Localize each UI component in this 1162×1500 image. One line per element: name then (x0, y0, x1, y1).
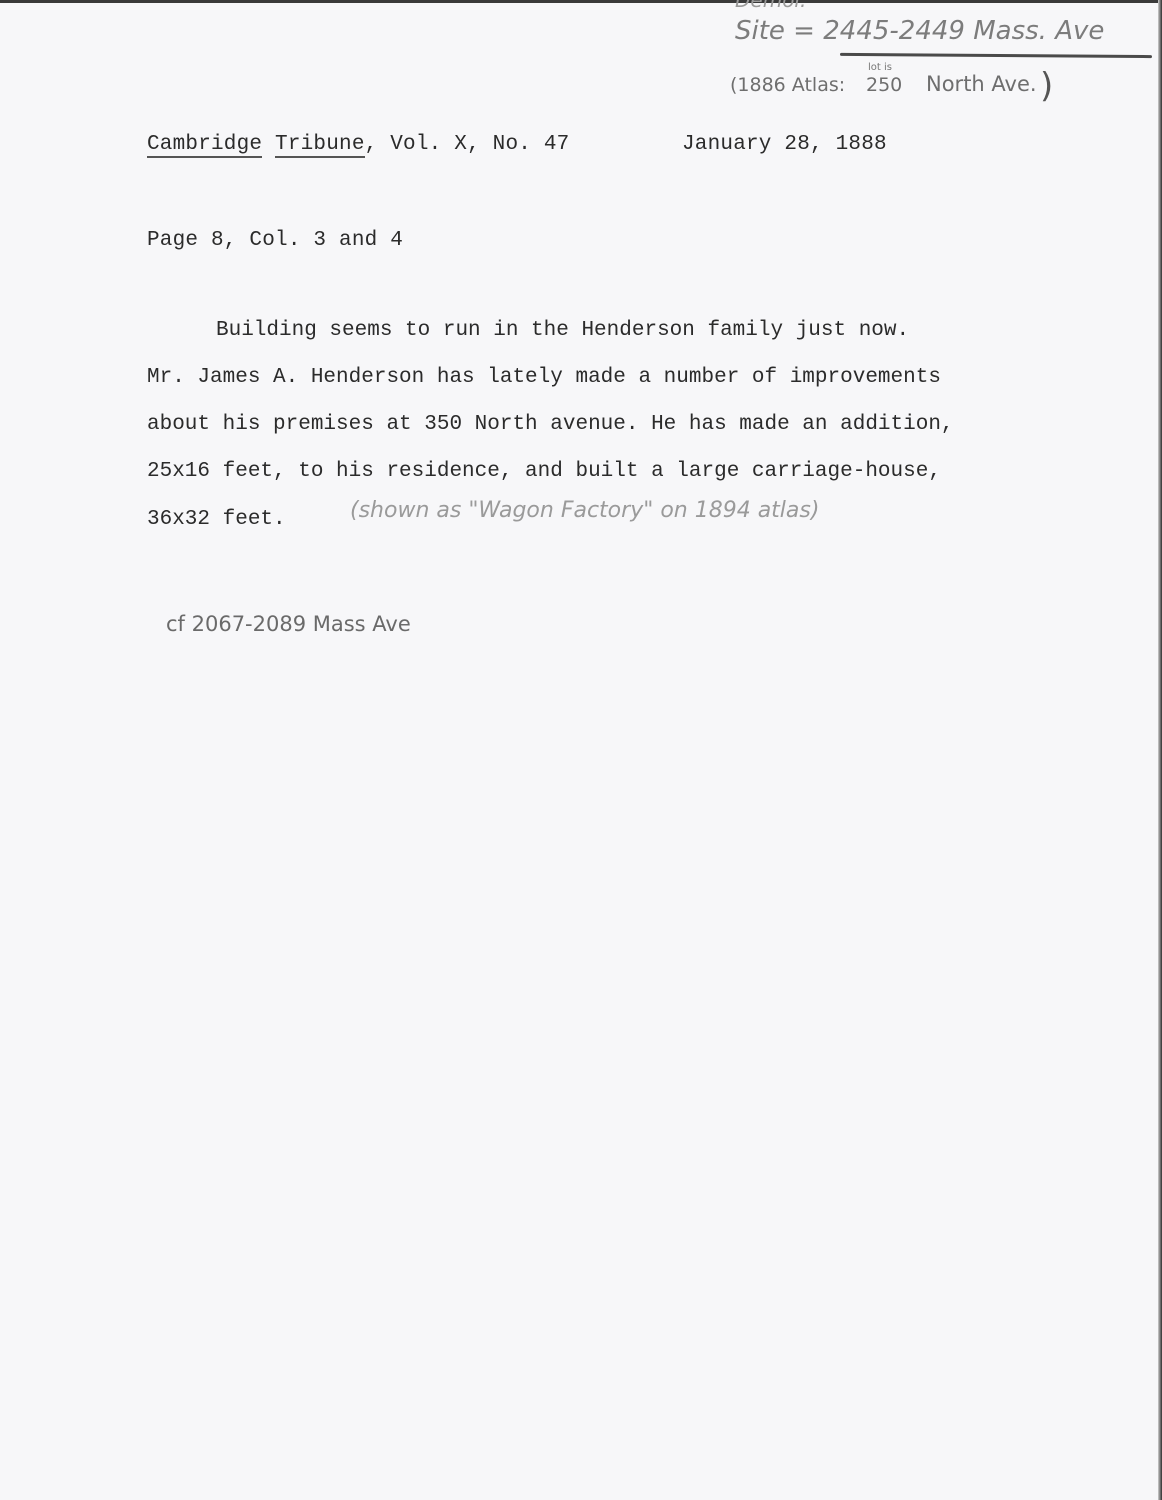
handwritten-site-note: Site = 2445-2449 Mass. Ave (735, 16, 1104, 46)
scan-edge-right (1158, 0, 1162, 1500)
handwritten-lot-superscript: lot is (868, 62, 892, 73)
body-line: Building seems to run in the Henderson f… (216, 319, 909, 342)
handwritten-atlas-prefix: (1886 Atlas: (730, 74, 845, 96)
handwritten-wagon-factory-note: (shown as "Wagon Factory" on 1894 atlas) (350, 498, 819, 523)
handwritten-atlas-number: 250 (866, 74, 902, 96)
scan-edge-top (0, 0, 1162, 3)
body-line: 25x16 feet, to his residence, and built … (147, 460, 941, 483)
body-line: about his premises at 350 North avenue. … (147, 413, 954, 436)
handwritten-atlas-suffix: North Ave. (926, 72, 1037, 96)
body-line: 36x32 feet. (147, 508, 286, 531)
handwritten-cross-reference: cf 2067-2089 Mass Ave (166, 612, 411, 636)
handwritten-close-paren: ) (1040, 66, 1053, 106)
citation-line: Cambridge Tribune, Vol. X, No. 47 (147, 133, 570, 156)
handwritten-demol-note: Demol. (735, 0, 806, 12)
handwritten-underline (840, 53, 1152, 58)
body-line: Mr. James A. Henderson has lately made a… (147, 366, 941, 389)
publication-name: Cambridge (147, 133, 262, 158)
publication-date: January 28, 1888 (682, 133, 887, 156)
publication-name-2: Tribune (275, 133, 365, 158)
page-column-location: Page 8, Col. 3 and 4 (147, 229, 403, 252)
volume-info: , Vol. X, No. 47 (365, 133, 570, 156)
